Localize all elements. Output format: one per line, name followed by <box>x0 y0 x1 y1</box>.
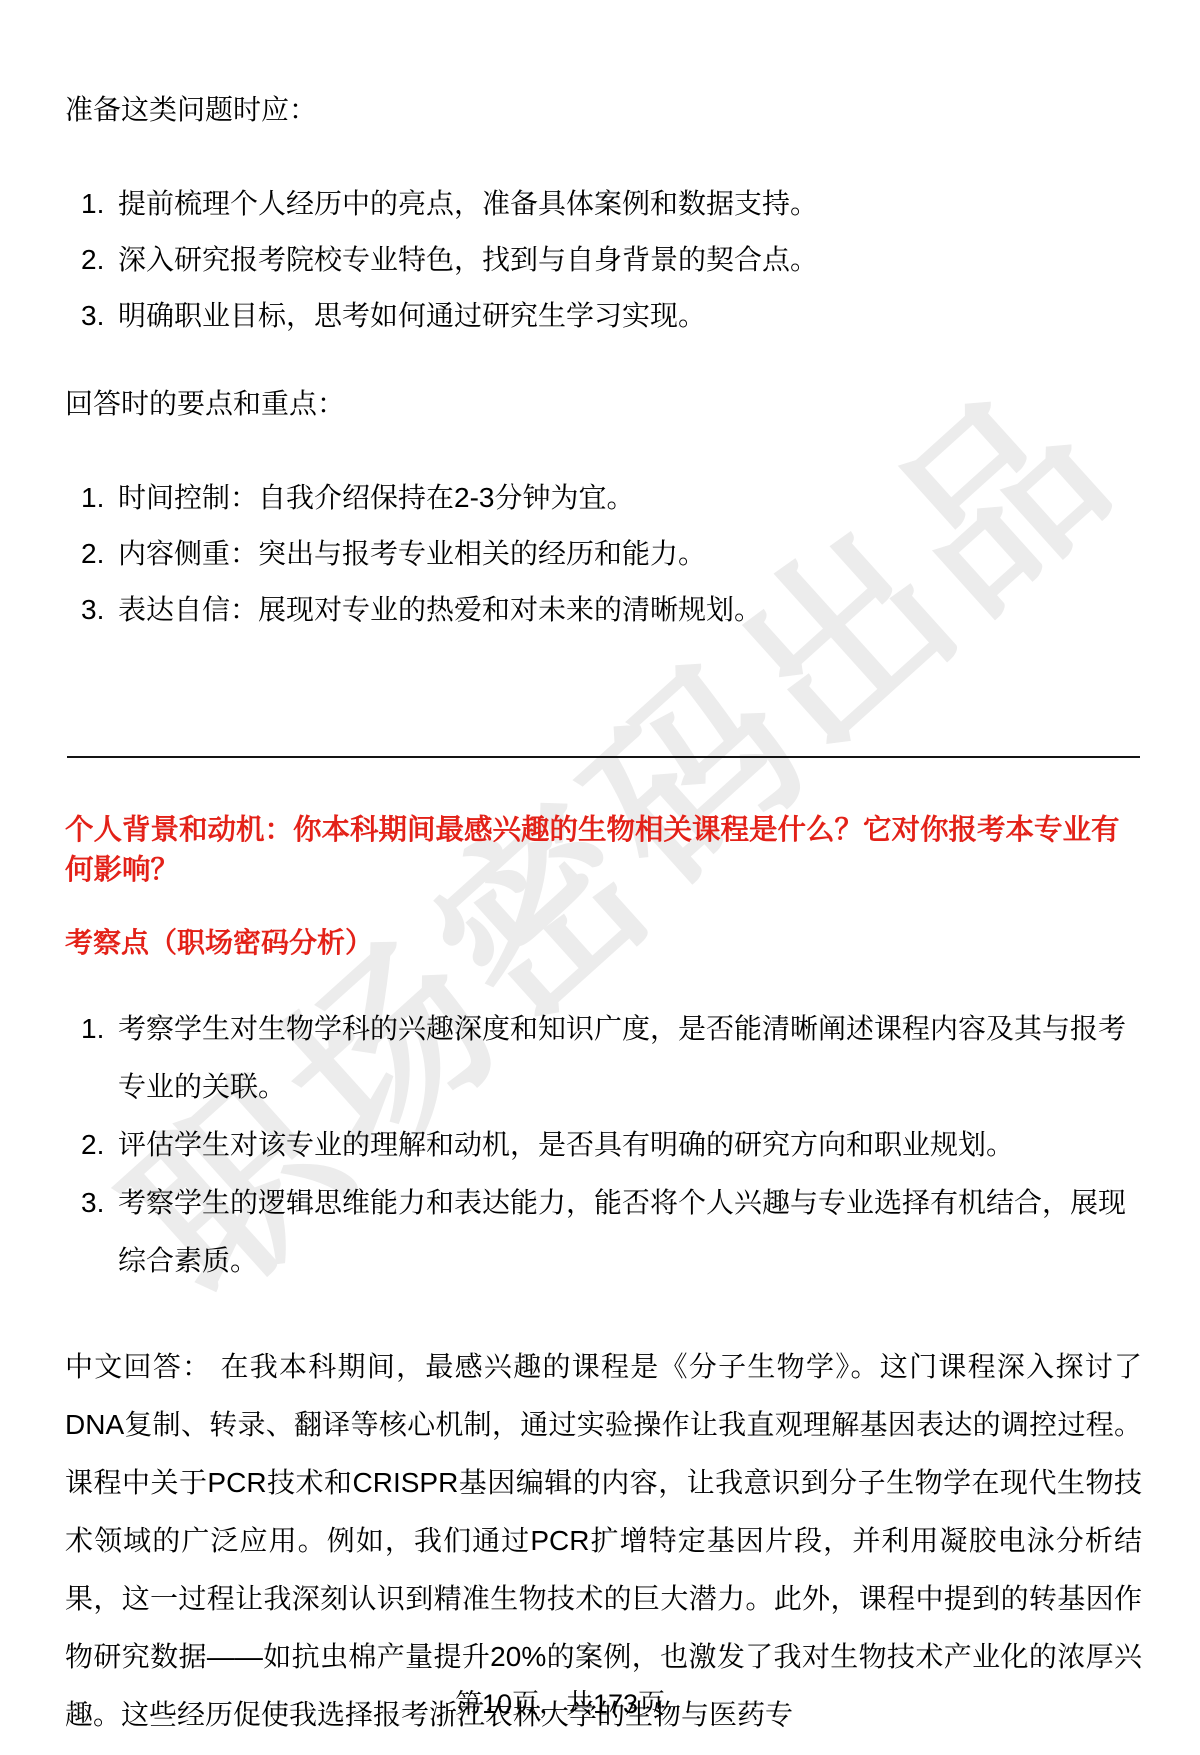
answer-points-heading: 回答时的要点和重点： <box>65 386 1142 422</box>
list-item: 考察学生对生物学科的兴趣深度和知识广度，是否能清晰阐述课程内容及其与报考专业的关… <box>65 1000 1142 1116</box>
page-number-footer: 第10页，共173页 <box>0 1682 1120 1721</box>
document-content: 准备这类问题时应： 提前梳理个人经历中的亮点，准备具体案例和数据支持。 深入研究… <box>65 0 1142 1744</box>
section-divider <box>67 756 1140 758</box>
analysis-point-heading: 考察点（职场密码分析） <box>65 926 1142 960</box>
list-item: 提前梳理个人经历中的亮点，准备具体案例和数据支持。 <box>65 176 1142 232</box>
list-item: 表达自信：展现对专业的热爱和对未来的清晰规划。 <box>65 582 1142 638</box>
list-item: 考察学生的逻辑思维能力和表达能力，能否将个人兴趣与专业选择有机结合，展现综合素质… <box>65 1174 1142 1290</box>
chinese-answer-label: 中文回答： <box>65 1351 211 1382</box>
answer-points-list: 时间控制：自我介绍保持在2-3分钟为宜。 内容侧重：突出与报考专业相关的经历和能… <box>65 470 1142 638</box>
list-item: 明确职业目标，思考如何通过研究生学习实现。 <box>65 288 1142 344</box>
list-item: 评估学生对该专业的理解和动机，是否具有明确的研究方向和职业规划。 <box>65 1116 1142 1174</box>
interview-question-heading: 个人背景和动机：你本科期间最感兴趣的生物相关课程是什么？它对你报考本专业有何影响… <box>65 810 1142 890</box>
chinese-answer-text: 在我本科期间，最感兴趣的课程是《分子生物学》。这门课程深入探讨了DNA复制、转录… <box>65 1351 1142 1730</box>
prep-section-heading: 准备这类问题时应： <box>65 92 1142 128</box>
list-item: 深入研究报考院校专业特色，找到与自身背景的契合点。 <box>65 232 1142 288</box>
list-item: 时间控制：自我介绍保持在2-3分钟为宜。 <box>65 470 1142 526</box>
exam-points-list: 考察学生对生物学科的兴趣深度和知识广度，是否能清晰阐述课程内容及其与报考专业的关… <box>65 1000 1142 1290</box>
list-item: 内容侧重：突出与报考专业相关的经历和能力。 <box>65 526 1142 582</box>
prep-list: 提前梳理个人经历中的亮点，准备具体案例和数据支持。 深入研究报考院校专业特色，找… <box>65 176 1142 344</box>
